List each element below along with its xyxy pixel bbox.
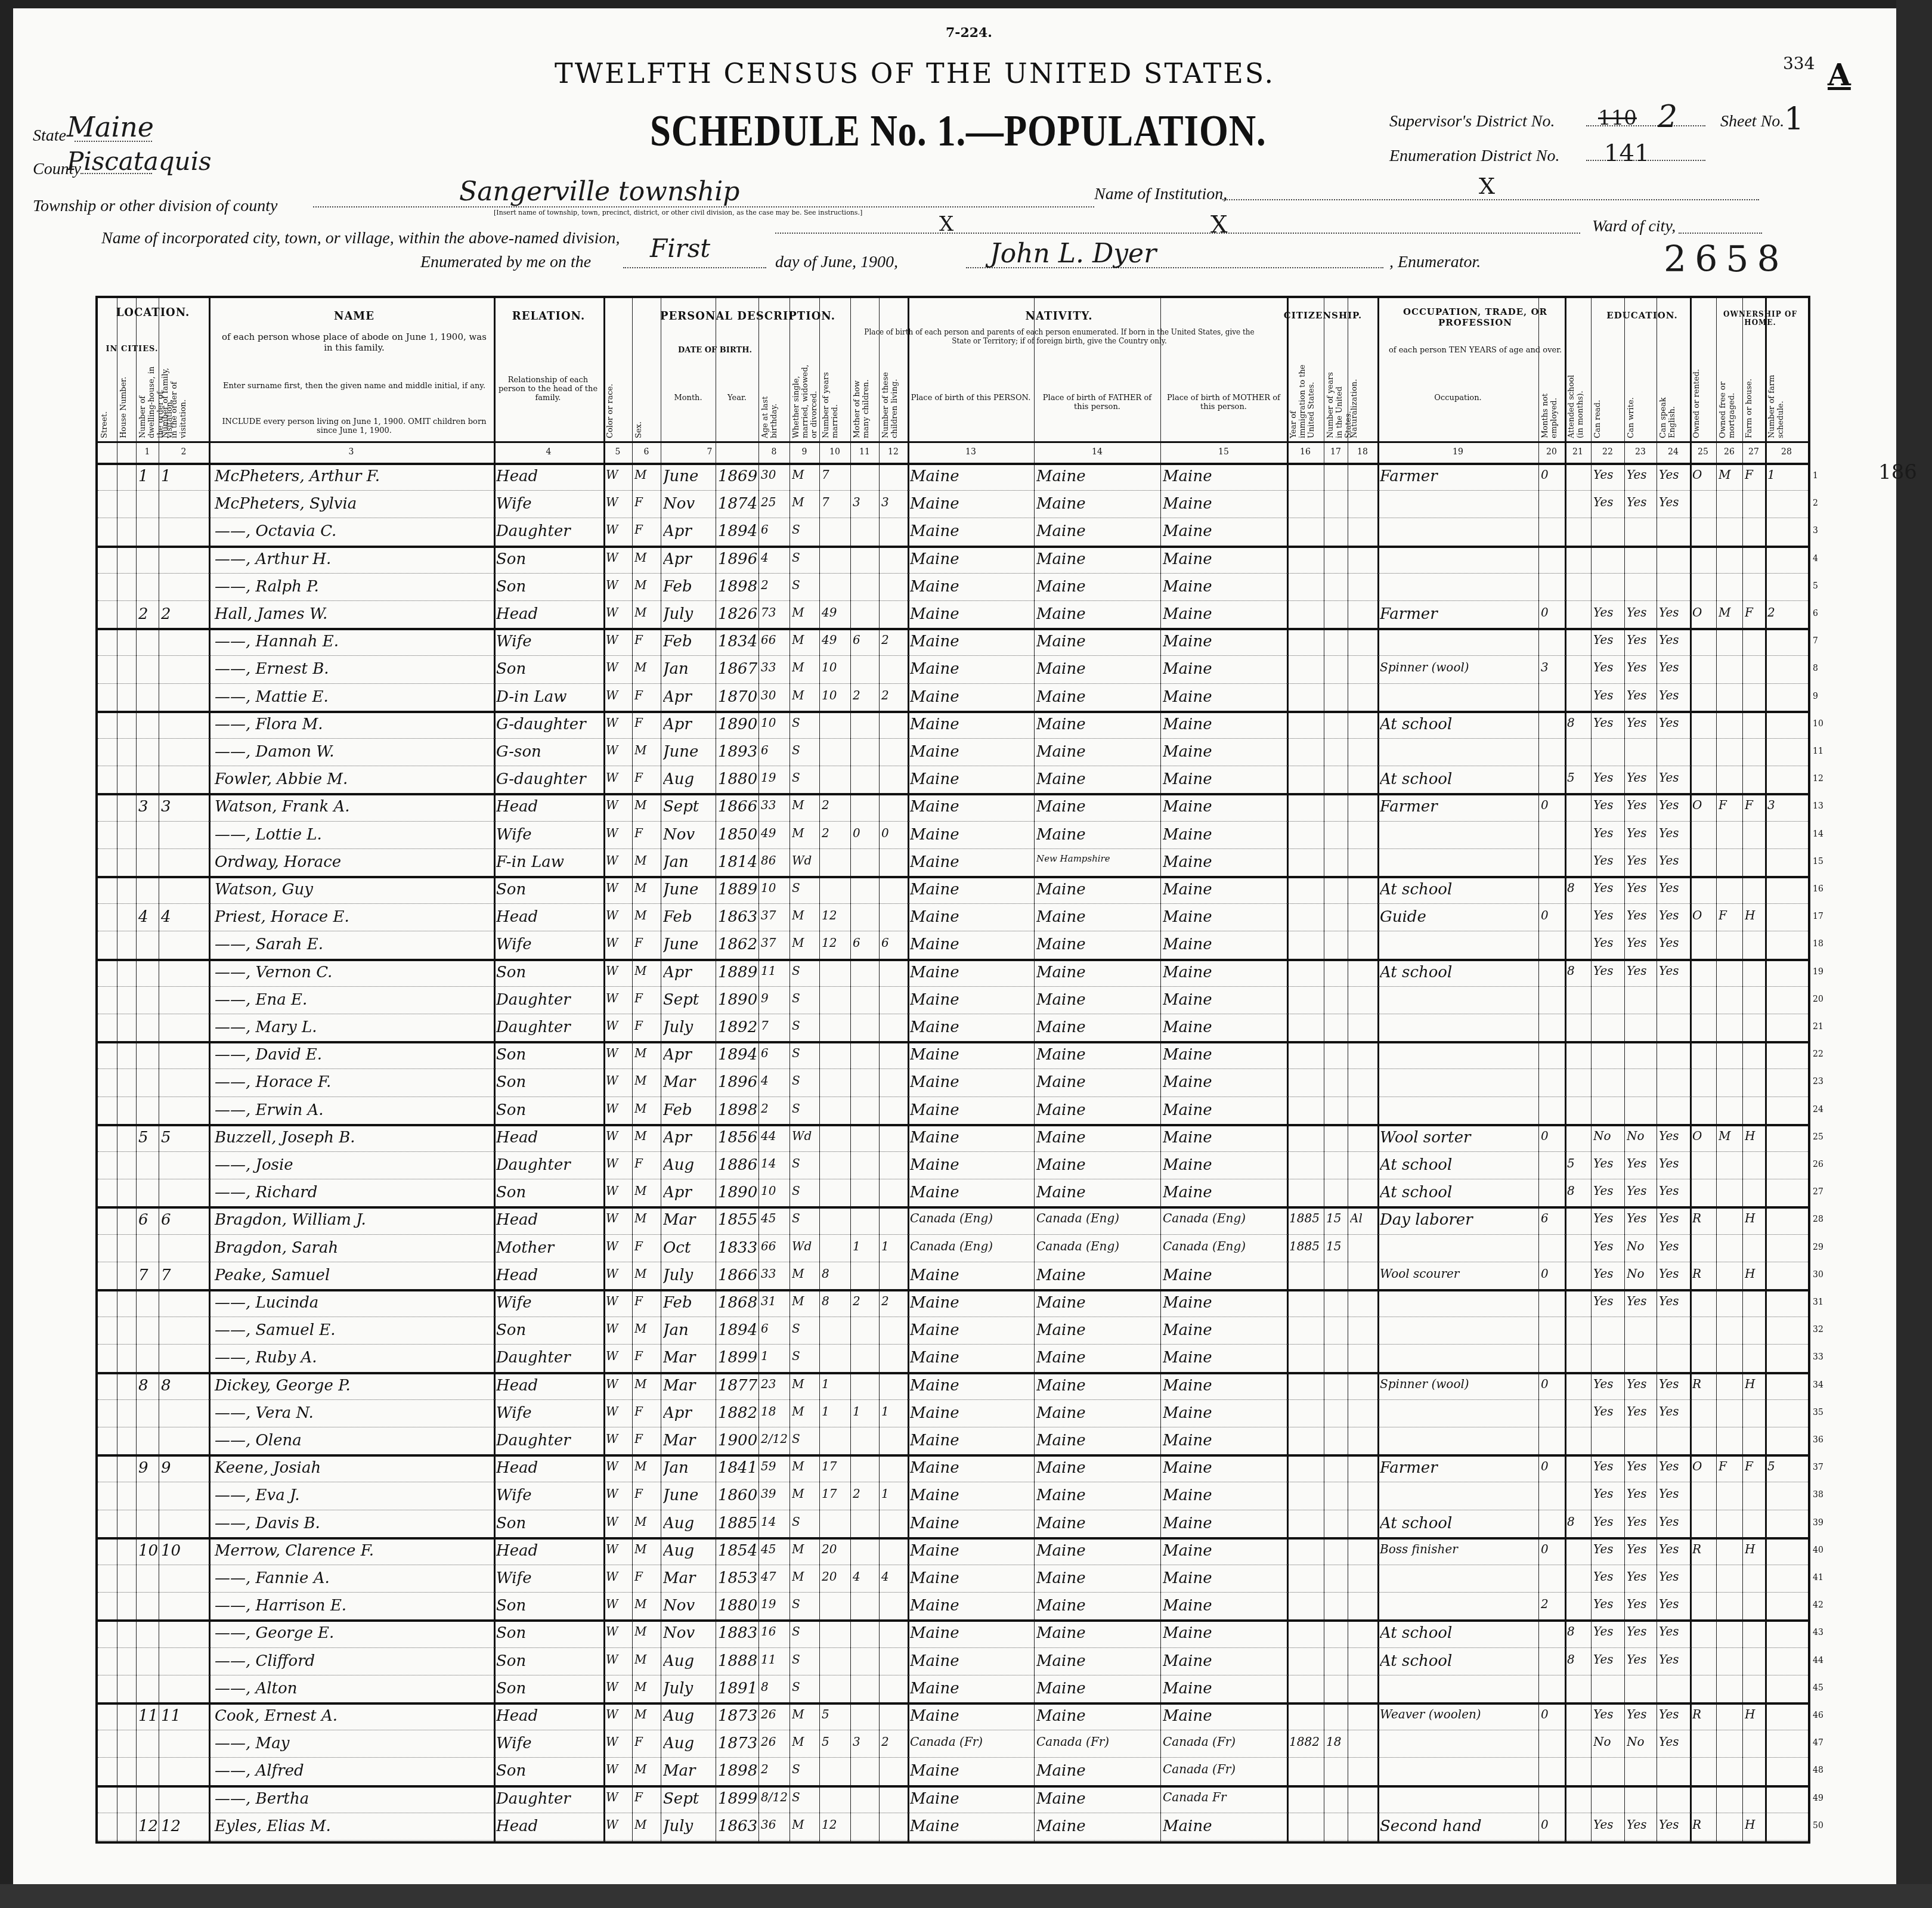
column-number: 3 — [209, 447, 494, 457]
table-row: ——, Davis B.SonWMAug188514SMaineMaineMai… — [98, 1510, 1808, 1540]
cell-liv — [881, 1459, 906, 1480]
cell-sch — [1567, 1211, 1590, 1232]
margin-note: 186 — [1878, 460, 1917, 484]
cell-sex: F — [634, 1734, 660, 1756]
cell-liv — [881, 1542, 906, 1563]
cell-yus — [1326, 1184, 1346, 1205]
cell-sch — [1567, 1597, 1590, 1618]
cell-sex: M — [634, 467, 660, 489]
cell-age: 37 — [761, 908, 788, 930]
cell-age: 66 — [761, 1239, 788, 1260]
cell-dw — [138, 1294, 157, 1315]
cell-dw — [138, 1652, 157, 1674]
cell-moth — [853, 1514, 878, 1536]
table-row: 22Hall, James W.HeadWMJuly182673M49Maine… — [98, 600, 1808, 631]
cell-sex: M — [634, 1184, 660, 1205]
cell-rel: Son — [496, 1184, 602, 1205]
cell-age: 4 — [761, 550, 788, 572]
cell-pobf: Maine — [1036, 1129, 1159, 1150]
cell-name: Watson, Frank A. — [211, 798, 496, 819]
cell-own — [1692, 1184, 1715, 1205]
cell-rel: Son — [496, 1762, 602, 1783]
cell-name: Watson, Guy — [211, 881, 496, 902]
cell-fam — [161, 1762, 208, 1783]
column-label-occupation: Occupation. — [1379, 394, 1537, 402]
cell-fs — [1767, 1018, 1807, 1040]
cell-eng: Yes — [1659, 1542, 1689, 1563]
cell-fam: 4 — [161, 908, 208, 930]
line-number: 25 — [1813, 1132, 1837, 1142]
cell-fam: 9 — [161, 1459, 208, 1480]
cell-dw — [138, 1184, 157, 1205]
cell-eng: Yes — [1659, 908, 1689, 930]
cell-age: 14 — [761, 1514, 788, 1536]
cell-pobf: Maine — [1036, 1377, 1159, 1398]
cell-un: 0 — [1541, 798, 1563, 819]
cell-sch — [1567, 1266, 1590, 1288]
cell-sch — [1567, 1790, 1590, 1811]
cell-read — [1593, 1680, 1623, 1701]
cell-farm — [1745, 1597, 1764, 1618]
cell-un: 0 — [1541, 908, 1563, 930]
cell-write — [1627, 1321, 1655, 1343]
cell-read: No — [1593, 1129, 1623, 1150]
cell-ym — [822, 1432, 849, 1453]
cell-nat — [1350, 1597, 1376, 1618]
cell-pob: Maine — [910, 1597, 1033, 1618]
cell-fs — [1767, 1101, 1807, 1123]
cell-un — [1541, 1349, 1563, 1370]
cell-eng — [1659, 1073, 1689, 1095]
cell-read: Yes — [1593, 1486, 1623, 1508]
cell-month: Feb — [663, 1294, 714, 1315]
cell-write: Yes — [1627, 1459, 1655, 1480]
cell-sch — [1567, 1018, 1590, 1040]
cell-moth — [853, 1156, 878, 1178]
line-number: 30 — [1813, 1270, 1837, 1280]
cell-yus — [1326, 633, 1346, 654]
cell-fam — [161, 1046, 208, 1067]
table-row: ——, AltonSonWMJuly18918SMaineMaineMaine4… — [98, 1675, 1808, 1705]
cell-pob: Maine — [910, 743, 1033, 764]
cell-ym — [822, 1018, 849, 1040]
cell-un — [1541, 1321, 1563, 1343]
cell-pobf: Maine — [1036, 1046, 1159, 1067]
cell-fam: 1 — [161, 467, 208, 489]
cell-read — [1593, 1073, 1623, 1095]
cell-sch: 5 — [1567, 1156, 1590, 1178]
cell-occ — [1380, 1046, 1537, 1067]
cell-fs — [1767, 991, 1807, 1012]
cell-nat — [1350, 1542, 1376, 1563]
cell-pobm: Maine — [1163, 1129, 1286, 1150]
cell-own — [1692, 550, 1715, 572]
cell-liv: 1 — [881, 1404, 906, 1426]
cell-write: Yes — [1627, 1707, 1655, 1729]
cell-un: 2 — [1541, 1597, 1563, 1618]
table-row: ——, Erwin A.SonWMFeb18982SMaineMaineMain… — [98, 1097, 1808, 1127]
table-row: 55Buzzell, Joseph B.HeadWMApr185644WdMai… — [98, 1124, 1808, 1154]
cell-pobf: Maine — [1036, 1459, 1159, 1480]
cell-moth — [853, 1652, 878, 1674]
cell-read: Yes — [1593, 633, 1623, 654]
cell-rel: Daughter — [496, 1790, 602, 1811]
cell-sex: M — [634, 1266, 660, 1288]
scan-border-top — [0, 0, 1932, 8]
cell-fam — [161, 1404, 208, 1426]
cell-eng — [1659, 1790, 1689, 1811]
cell-ym: 1 — [822, 1404, 849, 1426]
cell-un — [1541, 1184, 1563, 1205]
cell-moth — [853, 578, 878, 599]
cell-own — [1692, 1734, 1715, 1756]
cell-month: Mar — [663, 1349, 714, 1370]
table-row: ——, BerthaDaughterWFSept18998/12SMaineMa… — [98, 1785, 1808, 1816]
cell-pobm: Maine — [1163, 1018, 1286, 1040]
cell-pob: Maine — [910, 550, 1033, 572]
cell-read: Yes — [1593, 1404, 1623, 1426]
cell-occ: At school — [1380, 715, 1537, 737]
cell-imm — [1289, 1624, 1323, 1646]
cell-read — [1593, 1432, 1623, 1453]
cell-dw — [138, 991, 157, 1012]
cell-month: Nov — [663, 1624, 714, 1646]
cell-pob: Maine — [910, 1762, 1033, 1783]
column-label-dwelling: Number of dwelling-house, in the order o… — [138, 364, 156, 438]
cell-fs — [1767, 1597, 1807, 1618]
line-number: 16 — [1813, 884, 1837, 894]
cell-fs — [1767, 522, 1807, 544]
cell-occ: Boss finisher — [1380, 1542, 1537, 1563]
cell-moth — [853, 1211, 878, 1232]
cell-month: Aug — [663, 1707, 714, 1729]
table-row: ——, Flora M.G-daughterWFApr189010SMaineM… — [98, 711, 1808, 741]
cell-occ: At school — [1380, 964, 1537, 985]
cell-age: 23 — [761, 1377, 788, 1398]
cell-fam — [161, 1184, 208, 1205]
line-number: 46 — [1813, 1711, 1837, 1720]
cell-yus — [1326, 1486, 1346, 1508]
cell-dw: 9 — [138, 1459, 157, 1480]
line-number: 49 — [1813, 1794, 1837, 1803]
cell-year: 1899 — [718, 1349, 757, 1370]
cell-month: July — [663, 1817, 714, 1839]
cell-dw — [138, 1569, 157, 1591]
cell-fs — [1767, 1211, 1807, 1232]
column-number: 4 — [494, 447, 603, 457]
cell-mort — [1719, 1294, 1741, 1315]
line-number: 45 — [1813, 1683, 1837, 1693]
institution-value: X — [1479, 173, 1495, 199]
cell-fs — [1767, 853, 1807, 875]
cell-read: Yes — [1593, 908, 1623, 930]
cell-mort — [1719, 550, 1741, 572]
cell-moth — [853, 1073, 878, 1095]
cell-dw — [138, 770, 157, 792]
cell-yus — [1326, 550, 1346, 572]
cell-pob: Maine — [910, 605, 1033, 627]
cell-sch — [1567, 853, 1590, 875]
cell-liv — [881, 1129, 906, 1150]
column-label-pob-person: Place of birth of this PERSON. — [909, 394, 1033, 402]
cell-name: ——, George E. — [211, 1624, 496, 1646]
cell-pobm: Maine — [1163, 743, 1286, 764]
cell-farm — [1745, 1734, 1764, 1756]
cell-imm — [1289, 964, 1323, 985]
cell-ym — [822, 1211, 849, 1232]
cell-color: W — [606, 1514, 631, 1536]
cell-fs — [1767, 770, 1807, 792]
cell-sex: M — [634, 1597, 660, 1618]
cell-sex: F — [634, 688, 660, 710]
cell-own — [1692, 1624, 1715, 1646]
column-number: 23 — [1624, 447, 1657, 457]
cell-mar: S — [792, 1680, 818, 1701]
cell-pobf: Canada (Eng) — [1036, 1211, 1159, 1232]
sheet-value: 1 — [1784, 101, 1804, 137]
cell-pobf: Maine — [1036, 522, 1159, 544]
cell-color: W — [606, 1349, 631, 1370]
cell-rel: Son — [496, 1597, 602, 1618]
cell-read: Yes — [1593, 605, 1623, 627]
cell-rel: Son — [496, 1680, 602, 1701]
cell-pobf: Maine — [1036, 1762, 1159, 1783]
cell-fs — [1767, 1156, 1807, 1178]
cell-write: Yes — [1627, 964, 1655, 985]
cell-mort — [1719, 826, 1741, 847]
cell-nat — [1350, 798, 1376, 819]
cell-write: No — [1627, 1129, 1655, 1150]
cell-fam — [161, 1321, 208, 1343]
cell-age: 26 — [761, 1734, 788, 1756]
cell-age: 9 — [761, 991, 788, 1012]
cell-read: Yes — [1593, 1459, 1623, 1480]
cell-liv — [881, 1377, 906, 1398]
cell-imm — [1289, 1046, 1323, 1067]
cell-mar: M — [792, 495, 818, 516]
cell-pob: Maine — [910, 1624, 1033, 1646]
cell-age: 26 — [761, 1707, 788, 1729]
cell-occ: Wool scourer — [1380, 1266, 1537, 1288]
cell-age: 8 — [761, 1680, 788, 1701]
cell-imm — [1289, 743, 1323, 764]
cell-farm — [1745, 853, 1764, 875]
cell-rel: Daughter — [496, 522, 602, 544]
cell-moth — [853, 1790, 878, 1811]
cell-mar: M — [792, 1377, 818, 1398]
cell-moth — [853, 1018, 878, 1040]
cell-un — [1541, 1432, 1563, 1453]
supervisor-struck: 110 — [1598, 106, 1637, 130]
cell-mort — [1719, 770, 1741, 792]
cell-read: Yes — [1593, 1156, 1623, 1178]
cell-imm — [1289, 770, 1323, 792]
header-rule — [98, 441, 1808, 443]
cell-age: 11 — [761, 1652, 788, 1674]
cell-nat — [1350, 881, 1376, 902]
cell-farm — [1745, 826, 1764, 847]
cell-dw: 6 — [138, 1211, 157, 1232]
cell-sex: M — [634, 1459, 660, 1480]
line-number: 2 — [1813, 498, 1837, 508]
cell-eng — [1659, 1349, 1689, 1370]
cell-fam — [161, 1597, 208, 1618]
cell-sch — [1567, 908, 1590, 930]
cell-liv — [881, 522, 906, 544]
cell-imm — [1289, 1514, 1323, 1536]
cell-rel: D-in Law — [496, 688, 602, 710]
table-row: 1010Merrow, Clarence F.HeadWMAug185445M2… — [98, 1537, 1808, 1568]
cell-read — [1593, 1046, 1623, 1067]
cell-color: W — [606, 798, 631, 819]
cell-liv — [881, 605, 906, 627]
cell-moth: 3 — [853, 1734, 878, 1756]
cell-fam — [161, 743, 208, 764]
cell-occ: At school — [1380, 1156, 1537, 1178]
enumerated-label: Enumerated by me on the — [420, 253, 591, 272]
cell-year: 1877 — [718, 1377, 757, 1398]
cell-mort — [1719, 522, 1741, 544]
cell-month: Apr — [663, 1404, 714, 1426]
cell-eng — [1659, 522, 1689, 544]
cell-year: 1873 — [718, 1707, 757, 1729]
cell-fs — [1767, 1432, 1807, 1453]
cell-eng — [1659, 550, 1689, 572]
column-label-english: Can speak English. — [1659, 364, 1688, 438]
cell-moth: 1 — [853, 1404, 878, 1426]
cell-pob: Maine — [910, 1046, 1033, 1067]
cell-fam: 6 — [161, 1211, 208, 1232]
cell-rel: Head — [496, 1817, 602, 1839]
column-number: 25 — [1690, 447, 1716, 457]
cell-moth: 1 — [853, 1239, 878, 1260]
cell-age: 49 — [761, 826, 788, 847]
cell-pobf: Maine — [1036, 633, 1159, 654]
cell-farm — [1745, 743, 1764, 764]
cell-pobf: Maine — [1036, 1018, 1159, 1040]
cell-liv — [881, 578, 906, 599]
cell-pob: Maine — [910, 1459, 1033, 1480]
cell-sch — [1567, 1349, 1590, 1370]
cell-mar: S — [792, 1101, 818, 1123]
cell-sch — [1567, 1404, 1590, 1426]
cell-pobm: Maine — [1163, 853, 1286, 875]
cell-mort — [1719, 1624, 1741, 1646]
cell-yus — [1326, 1790, 1346, 1811]
cell-month: Apr — [663, 688, 714, 710]
cell-eng — [1659, 578, 1689, 599]
cell-nat — [1350, 1266, 1376, 1288]
column-label-farm: Farm or house. — [1745, 364, 1763, 438]
cell-pob: Maine — [910, 715, 1033, 737]
cell-read — [1593, 991, 1623, 1012]
cell-sex: F — [634, 1294, 660, 1315]
cell-liv — [881, 1707, 906, 1729]
cell-eng: Yes — [1659, 1266, 1689, 1288]
cell-dw — [138, 688, 157, 710]
cell-pobm: Maine — [1163, 798, 1286, 819]
cell-occ: Farmer — [1380, 1459, 1537, 1480]
cell-month: Feb — [663, 908, 714, 930]
cell-own — [1692, 1597, 1715, 1618]
cell-sex: M — [634, 881, 660, 902]
cell-read: Yes — [1593, 688, 1623, 710]
cell-color: W — [606, 1211, 631, 1232]
cell-pob: Maine — [910, 798, 1033, 819]
cell-sex: M — [634, 1762, 660, 1783]
cell-imm — [1289, 1294, 1323, 1315]
cell-read: Yes — [1593, 770, 1623, 792]
cell-pobm: Maine — [1163, 1073, 1286, 1095]
cell-pobm: Maine — [1163, 1184, 1286, 1205]
cell-ym — [822, 991, 849, 1012]
cell-fs — [1767, 1569, 1807, 1591]
enumeration-value: 141 — [1604, 140, 1649, 167]
cell-occ: At school — [1380, 1184, 1537, 1205]
cell-month: Mar — [663, 1569, 714, 1591]
cell-mar: S — [792, 715, 818, 737]
cell-sch — [1567, 798, 1590, 819]
cell-write: Yes — [1627, 936, 1655, 957]
cell-dw — [138, 1046, 157, 1067]
cell-pob: Maine — [910, 1707, 1033, 1729]
cell-color: W — [606, 1734, 631, 1756]
cell-mar: M — [792, 1459, 818, 1480]
cell-yus — [1326, 936, 1346, 957]
cell-read — [1593, 578, 1623, 599]
cell-fam — [161, 1073, 208, 1095]
cell-yus — [1326, 578, 1346, 599]
cell-liv — [881, 991, 906, 1012]
cell-mar: M — [792, 1266, 818, 1288]
cell-fs — [1767, 550, 1807, 572]
cell-fam: 8 — [161, 1377, 208, 1398]
cell-ym — [822, 1101, 849, 1123]
cell-read: Yes — [1593, 798, 1623, 819]
cell-pob: Maine — [910, 1129, 1033, 1150]
cell-imm: 1885 — [1289, 1211, 1323, 1232]
cell-eng: Yes — [1659, 964, 1689, 985]
cell-moth — [853, 991, 878, 1012]
cell-farm: F — [1745, 798, 1764, 819]
cell-liv: 2 — [881, 1734, 906, 1756]
cell-fs — [1767, 1542, 1807, 1563]
cell-mar: M — [792, 1569, 818, 1591]
cell-sch: 8 — [1567, 715, 1590, 737]
cell-occ — [1380, 1349, 1537, 1370]
cell-un — [1541, 550, 1563, 572]
table-row: ——, Ralph P.SonWMFeb18982SMaineMaineMain… — [98, 573, 1808, 603]
cell-fs — [1767, 1734, 1807, 1756]
cell-pobm: Maine — [1163, 660, 1286, 682]
cell-rel: Wife — [496, 826, 602, 847]
cell-mar: S — [792, 1018, 818, 1040]
cell-read — [1593, 1762, 1623, 1783]
cell-mar: M — [792, 908, 818, 930]
line-number: 48 — [1813, 1765, 1837, 1775]
cell-mar: M — [792, 605, 818, 627]
cell-read: Yes — [1593, 1542, 1623, 1563]
cell-age: 6 — [761, 1046, 788, 1067]
cell-rel: Head — [496, 1129, 602, 1150]
cell-rel: Head — [496, 1542, 602, 1563]
cell-eng: Yes — [1659, 605, 1689, 627]
cell-yus — [1326, 1294, 1346, 1315]
cell-pobm: Maine — [1163, 633, 1286, 654]
cell-pobf: Maine — [1036, 1294, 1159, 1315]
column-number: 19 — [1377, 447, 1538, 457]
cell-dw: 1 — [138, 467, 157, 489]
